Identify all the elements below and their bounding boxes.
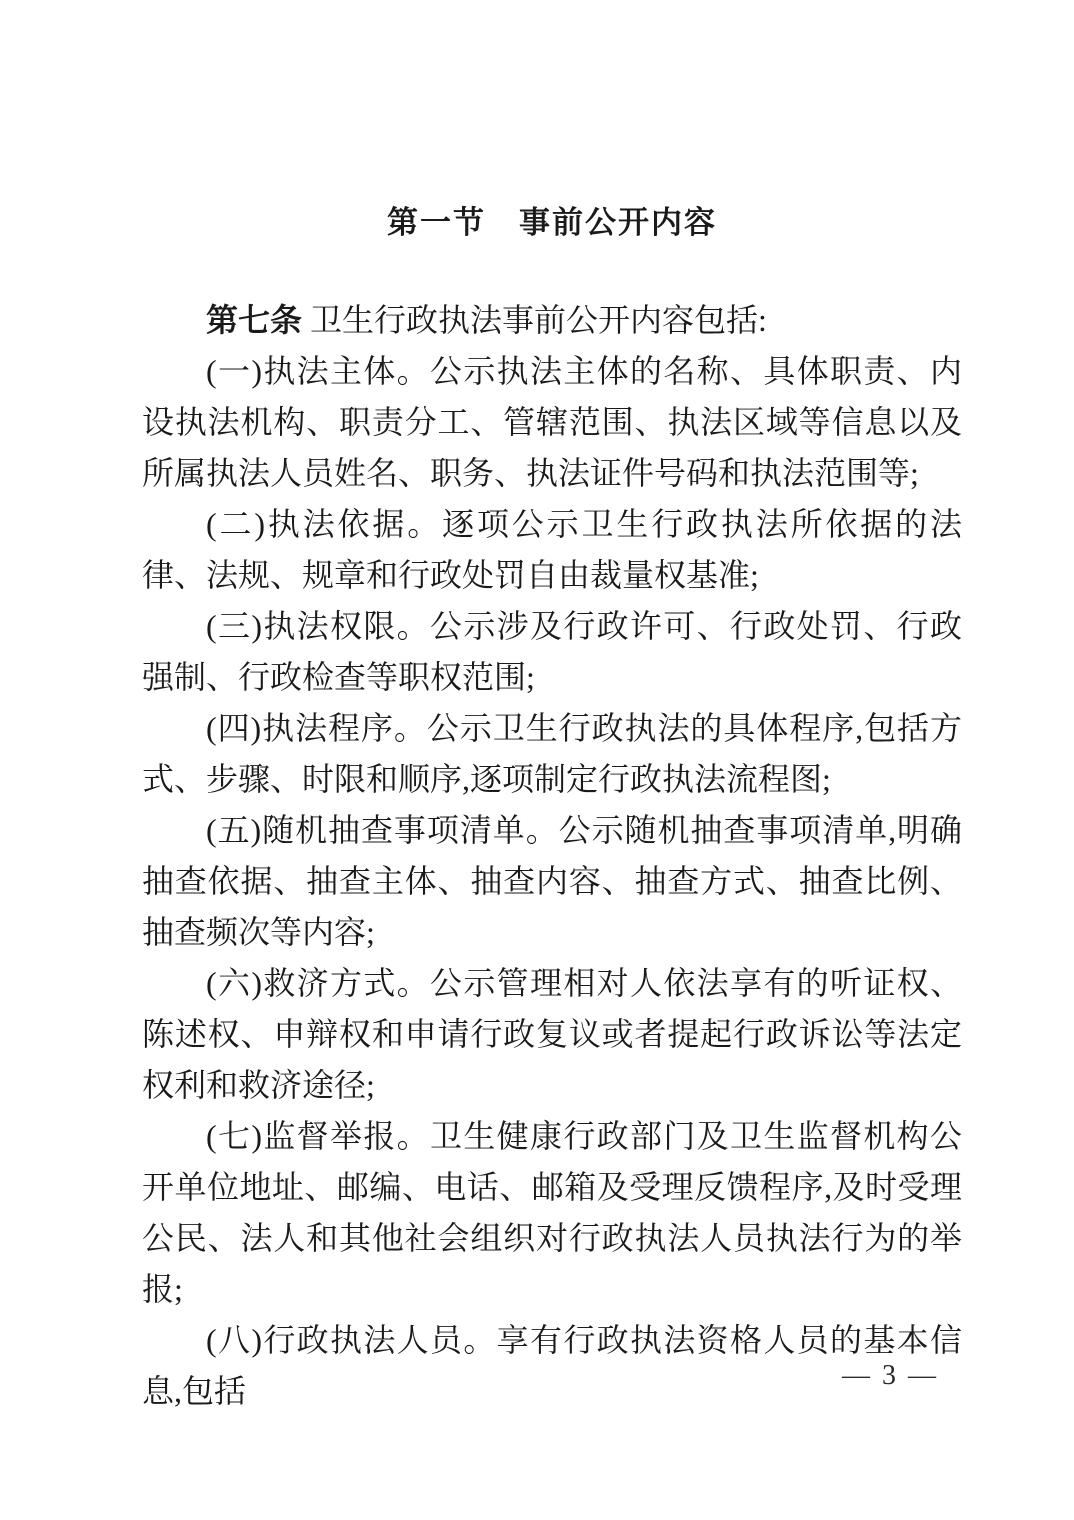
page-footer: — 3 — bbox=[842, 1360, 936, 1392]
paragraph-text: (五)随机抽查事项清单。公示随机抽查事项清单,明确抽查依据、抽查主体、抽查内容、… bbox=[142, 812, 962, 950]
paragraph-item-2: (二)执法依据。逐项公示卫生行政执法所依据的法律、法规、规章和行政处罚自由裁量权… bbox=[142, 499, 962, 601]
paragraph-item-1: (一)执法主体。公示执法主体的名称、具体职责、内设执法机构、职责分工、管辖范围、… bbox=[142, 346, 962, 499]
paragraph-text: 卫生行政执法事前公开内容包括: bbox=[302, 302, 767, 338]
paragraph-text: (二)执法依据。逐项公示卫生行政执法所依据的法律、法规、规章和行政处罚自由裁量权… bbox=[142, 506, 962, 593]
footer-left-dash: — bbox=[842, 1360, 870, 1392]
paragraph-text: (七)监督举报。卫生健康行政部门及卫生监督机构公开单位地址、邮编、电话、邮箱及受… bbox=[142, 1118, 962, 1307]
paragraph-item-8: (八)行政执法人员。享有行政执法资格人员的基本信息,包括 bbox=[142, 1315, 962, 1417]
document-body: 第七条 卫生行政执法事前公开内容包括: (一)执法主体。公示执法主体的名称、具体… bbox=[142, 295, 962, 1417]
footer-right-dash: — bbox=[908, 1360, 936, 1392]
paragraph-text: (六)救济方式。公示管理相对人依法享有的听证权、陈述权、申辩权和申请行政复议或者… bbox=[142, 965, 962, 1103]
document-page: 第一节 事前公开内容 第七条 卫生行政执法事前公开内容包括: (一)执法主体。公… bbox=[0, 0, 1074, 1520]
paragraph-text: (三)执法权限。公示涉及行政许可、行政处罚、行政强制、行政检查等职权范围; bbox=[142, 608, 962, 695]
paragraph-article-7: 第七条 卫生行政执法事前公开内容包括: bbox=[142, 295, 962, 346]
section-title: 第一节 事前公开内容 bbox=[142, 197, 962, 242]
article-number: 第七条 bbox=[206, 302, 302, 338]
paragraph-item-5: (五)随机抽查事项清单。公示随机抽查事项清单,明确抽查依据、抽查主体、抽查内容、… bbox=[142, 805, 962, 958]
paragraph-item-6: (六)救济方式。公示管理相对人依法享有的听证权、陈述权、申辩权和申请行政复议或者… bbox=[142, 958, 962, 1111]
paragraph-item-7: (七)监督举报。卫生健康行政部门及卫生监督机构公开单位地址、邮编、电话、邮箱及受… bbox=[142, 1111, 962, 1315]
paragraph-item-4: (四)执法程序。公示卫生行政执法的具体程序,包括方式、步骤、时限和顺序,逐项制定… bbox=[142, 703, 962, 805]
paragraph-text: (四)执法程序。公示卫生行政执法的具体程序,包括方式、步骤、时限和顺序,逐项制定… bbox=[142, 710, 962, 797]
paragraph-text: (一)执法主体。公示执法主体的名称、具体职责、内设执法机构、职责分工、管辖范围、… bbox=[142, 353, 962, 491]
paragraph-text: (八)行政执法人员。享有行政执法资格人员的基本信息,包括 bbox=[142, 1322, 962, 1409]
page-number: 3 bbox=[882, 1360, 896, 1392]
paragraph-item-3: (三)执法权限。公示涉及行政许可、行政处罚、行政强制、行政检查等职权范围; bbox=[142, 601, 962, 703]
